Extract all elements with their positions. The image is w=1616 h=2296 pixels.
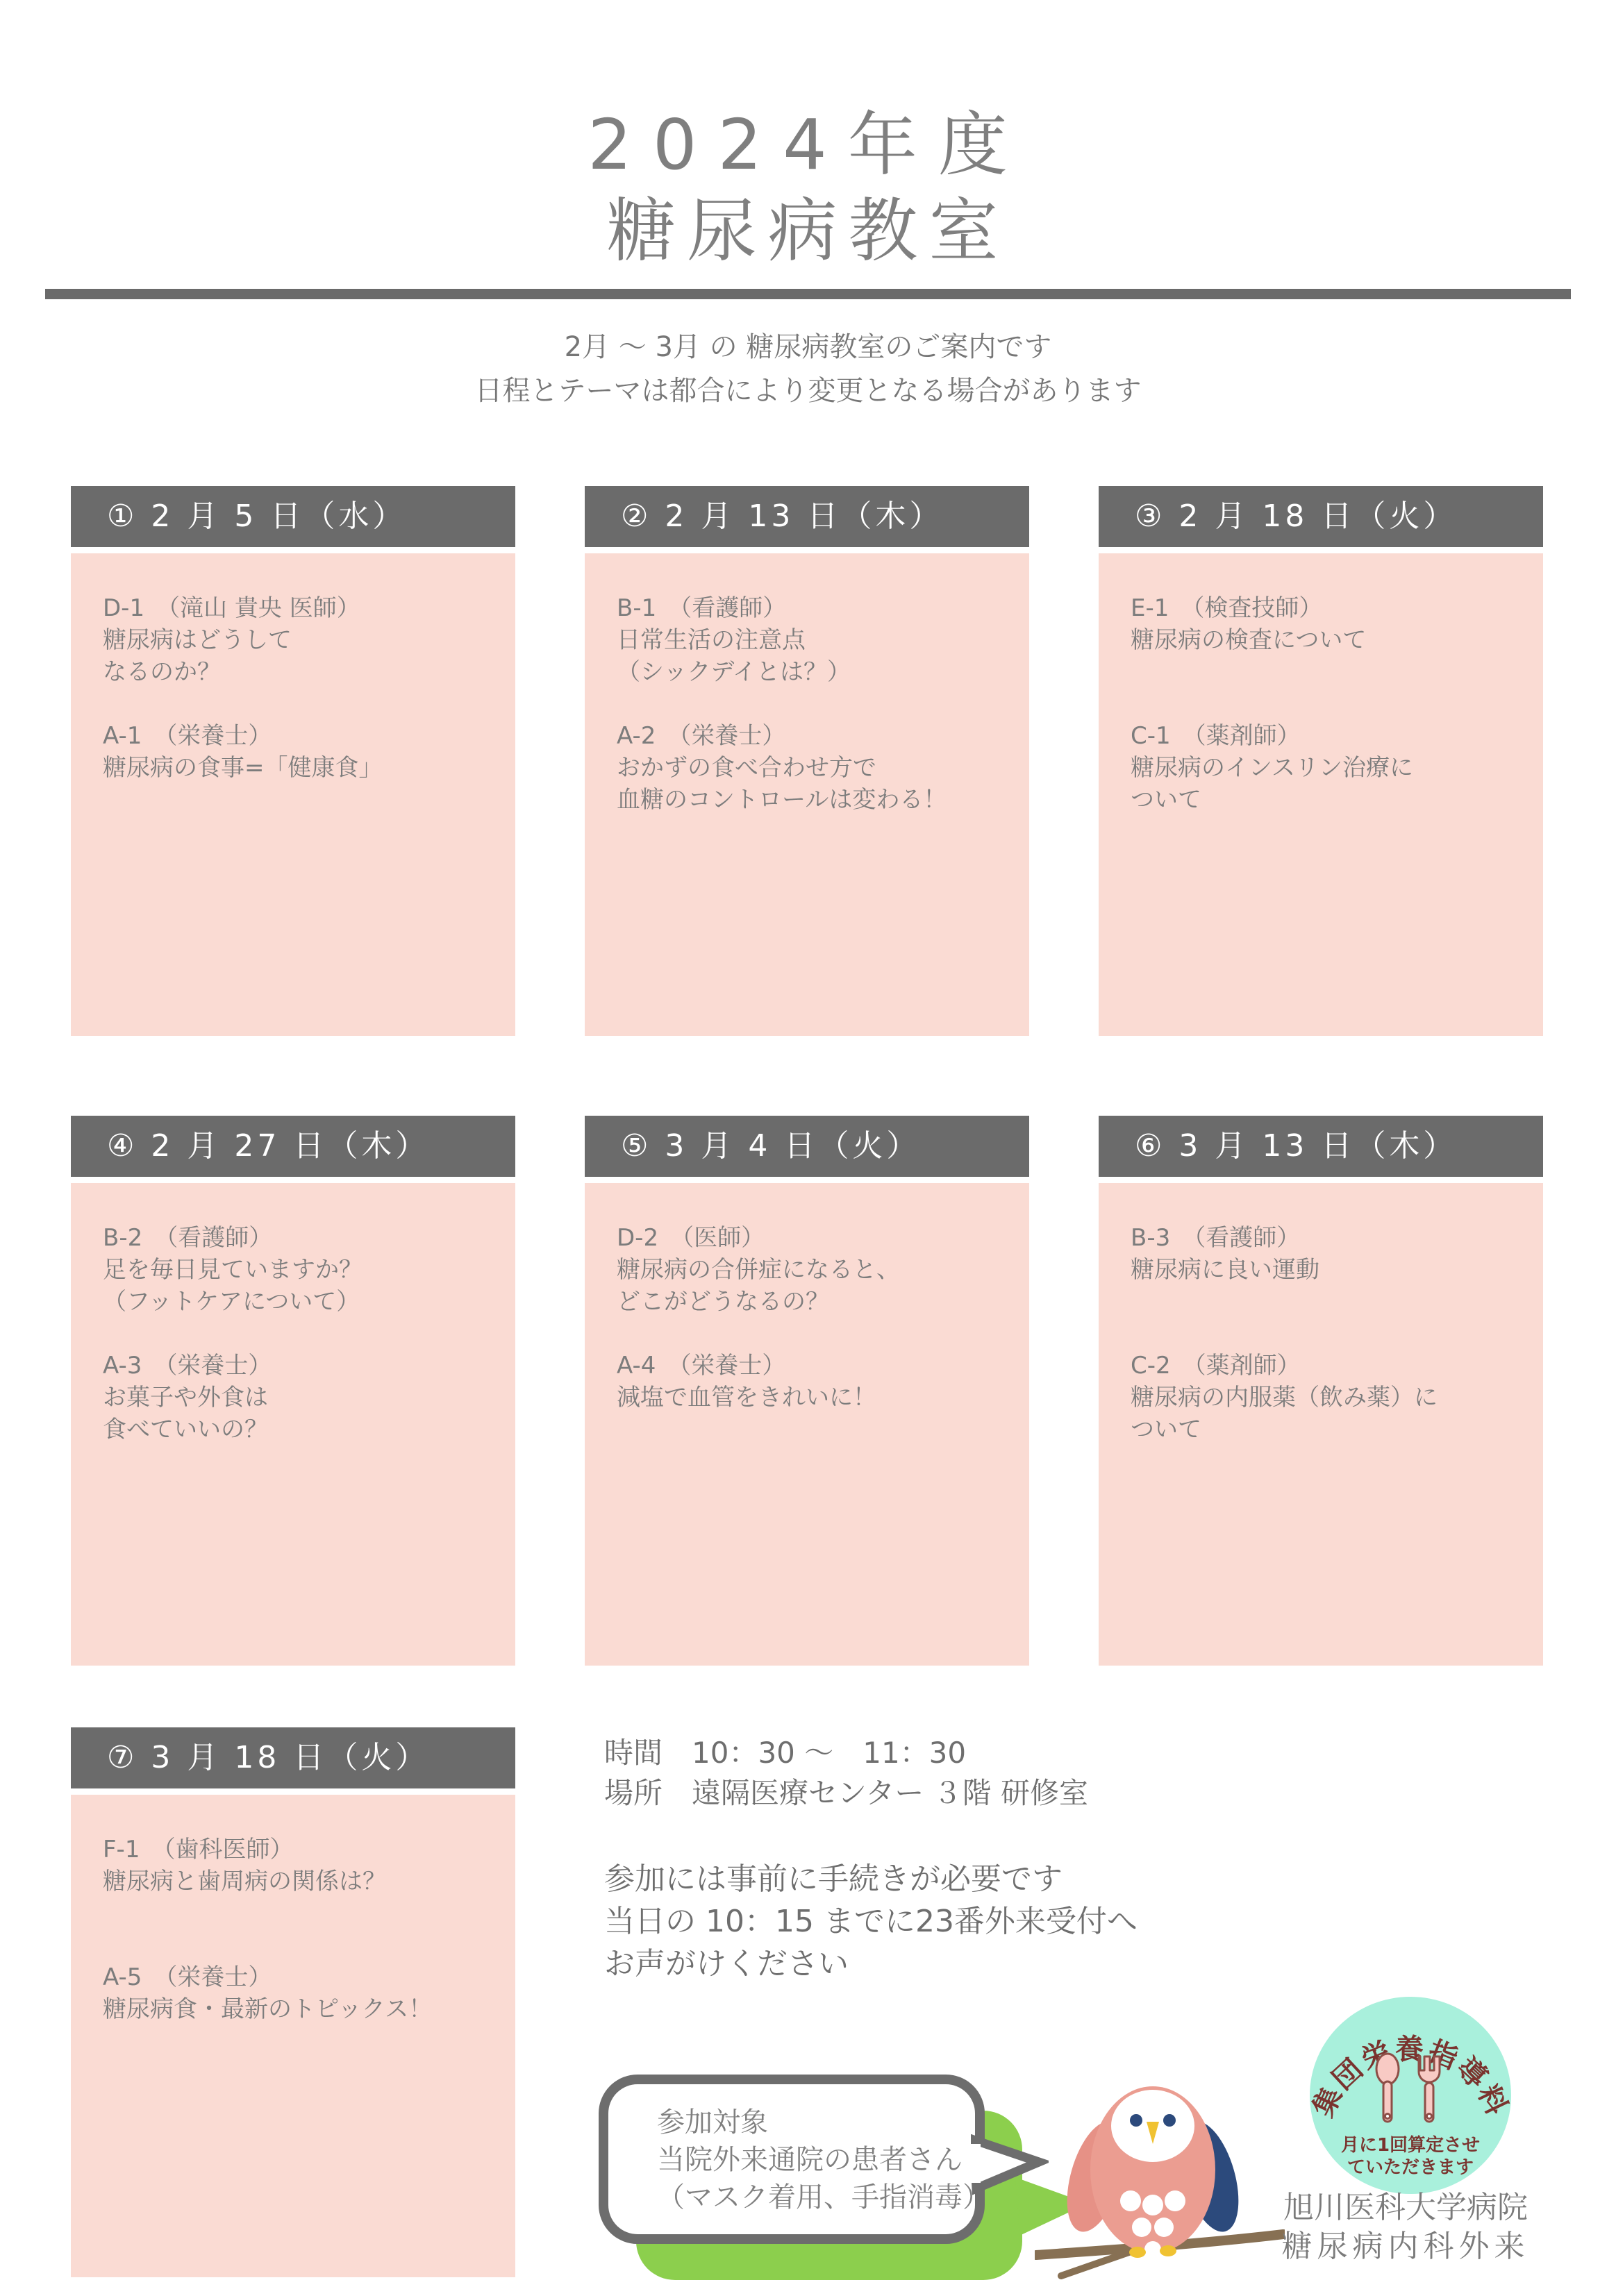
session-info: 時間 10：30 ～ 11：30 場所 遠隔医療センター ３階 研修室 (604, 1733, 1088, 1813)
card-line: 糖尿病のインスリン治療に (1131, 752, 1529, 784)
page-title-name: 糖尿病教室 (0, 175, 1616, 275)
owl-feather (1165, 2190, 1185, 2211)
bubble-text: 参加対象 当院外来通院の患者さん （マスク着用、手指消毒） (599, 2075, 985, 2216)
hospital-footer: 旭川医科大学病院 糖尿病内科外来 (1276, 2188, 1535, 2266)
card-line (1131, 1318, 1529, 1350)
card-line (103, 688, 501, 720)
owl-eye-right (1163, 2114, 1176, 2127)
bubble-line: 参加対象 (657, 2104, 985, 2141)
card-line (103, 784, 501, 816)
card-date-header: ⑤ 3 月 4 日（火） (585, 1116, 1029, 1177)
card-date-header: ⑥ 3 月 13 日（木） (1099, 1116, 1543, 1177)
card-line: A-2 （栄養士） (617, 720, 1015, 752)
card-line: なるのか？ (103, 656, 501, 688)
card-line: 糖尿病はどうして (103, 624, 501, 656)
card-line (103, 2025, 501, 2057)
card-line (1131, 656, 1529, 688)
card-line: F-1 （歯科医師） (103, 1834, 501, 1866)
badge-note-line2: ていただきます (1347, 2157, 1474, 2178)
owl-eye-left (1130, 2114, 1142, 2127)
hospital-name: 旭川医科大学病院 (1276, 2188, 1535, 2227)
owl-feather (1142, 2195, 1163, 2215)
card-line: B-1 （看護師） (617, 592, 1015, 624)
bubble-line: （マスク着用、手指消毒） (657, 2179, 985, 2216)
card-line: A-5 （栄養士） (103, 1961, 501, 1993)
card-line: 糖尿病の合併症になると、 (617, 1254, 1015, 1286)
notice-line: 参加には事前に手続きが必要です (604, 1858, 1138, 1900)
registration-notice: 参加には事前に手続きが必要です 当日の 10：15 までに23番外来受付へ お声… (604, 1858, 1138, 1985)
card-date-header: ⑦ 3 月 18 日（火） (71, 1727, 515, 1788)
card-date-header: ② 2 月 13 日（木） (585, 486, 1029, 547)
flyer-page: 2024年度 糖尿病教室 2月 ～ 3月 の 糖尿病教室のご案内です 日程とテー… (0, 0, 1616, 2296)
card-body: D-1 （滝山 貴央 医師） 糖尿病はどうして なるのか？ A-1 （栄養士） … (71, 553, 515, 1036)
card-line (617, 1414, 1015, 1446)
owl-feather (1120, 2190, 1141, 2211)
card-line: C-1 （薬剤師） (1131, 720, 1529, 752)
card-line: 日常生活の注意点 (617, 624, 1015, 656)
card-line: お菓子や外食は (103, 1382, 501, 1414)
card-line (1131, 1286, 1529, 1318)
card-line: B-3 （看護師） (1131, 1222, 1529, 1254)
card-body: B-1 （看護師） 日常生活の注意点 （シックデイとは？） A-2 （栄養士） … (585, 553, 1029, 1036)
card-line: 食べていいの？ (103, 1414, 501, 1446)
card-line (1131, 688, 1529, 720)
card-line: おかずの食べ合わせ方で (617, 752, 1015, 784)
card-line: 糖尿病に良い運動 (1131, 1254, 1529, 1286)
card-line (617, 1318, 1015, 1350)
card-line (103, 1929, 501, 1961)
notice-line: お声がけください (604, 1943, 1138, 1985)
owl-feather (1154, 2218, 1174, 2237)
card-line: 減塩で血管をきれいに！ (617, 1382, 1015, 1414)
card-line: ついて (1131, 784, 1529, 816)
card-line (103, 1897, 501, 1929)
card-line: D-1 （滝山 貴央 医師） (103, 592, 501, 624)
card-body: E-1 （検査技師） 糖尿病の検査について C-1 （薬剤師） 糖尿病のインスリ… (1099, 553, 1543, 1036)
card-date-header: ③ 2 月 18 日（火） (1099, 486, 1543, 547)
card-line: 糖尿病の内服薬（飲み薬）に (1131, 1382, 1529, 1414)
owl-mascot (1035, 2048, 1285, 2284)
card-line: 血糖のコントロールは変わる！ (617, 784, 1015, 816)
owl-feather (1132, 2218, 1151, 2237)
notice-line: 当日の 10：15 までに23番外来受付へ (604, 1900, 1138, 1943)
session-time: 時間 10：30 ～ 11：30 (604, 1733, 1088, 1773)
card-line: 足を毎日見ていますか？ (103, 1254, 501, 1286)
card-body: D-2 （医師） 糖尿病の合併症になると、 どこがどうなるの？ A-4 （栄養士… (585, 1183, 1029, 1666)
card-line: C-2 （薬剤師） (1131, 1350, 1529, 1382)
badge-note-line1: 月に1回算定させ (1341, 2134, 1480, 2156)
owl-feather (1144, 2241, 1161, 2258)
card-line: D-2 （医師） (617, 1222, 1015, 1254)
card-line (617, 688, 1015, 720)
subtitle-line1: 2月 ～ 3月 の 糖尿病教室のご案内です (0, 325, 1616, 364)
card-line: E-1 （検査技師） (1131, 592, 1529, 624)
card-line (103, 1318, 501, 1350)
card-line: ついて (1131, 1414, 1529, 1446)
card-date-header: ④ 2 月 27 日（木） (71, 1116, 515, 1177)
subtitle-line2: 日程とテーマは都合により変更となる場合があります (0, 369, 1616, 408)
card-line: A-4 （栄養士） (617, 1350, 1015, 1382)
participants-speech-bubble: 参加対象 当院外来通院の患者さん （マスク着用、手指消毒） (599, 2075, 985, 2244)
card-line: B-2 （看護師） (103, 1222, 501, 1254)
nutrition-fee-badge: 集団栄養指導料 月に1回算定させ ていただきます (1310, 1997, 1511, 2194)
card-line: 糖尿病の検査について (1131, 624, 1529, 656)
card-line: 糖尿病食・最新のトピックス！ (103, 1993, 501, 2025)
owl-foot-right (1160, 2245, 1176, 2256)
card-line: （シックデイとは？） (617, 656, 1015, 688)
session-place: 場所 遠隔医療センター ３階 研修室 (604, 1773, 1088, 1813)
card-line: 糖尿病と歯周病の関係は？ (103, 1866, 501, 1897)
card-body: B-2 （看護師） 足を毎日見ていますか？ （フットケアについて） A-3 （栄… (71, 1183, 515, 1666)
card-body: F-1 （歯科医師） 糖尿病と歯周病の関係は？ A-5 （栄養士） 糖尿病食・最… (71, 1795, 515, 2277)
page-title-year: 2024年度 (0, 89, 1616, 189)
card-line: A-3 （栄養士） (103, 1350, 501, 1382)
department-name: 糖尿病内科外来 (1276, 2227, 1535, 2266)
card-line: （フットケアについて） (103, 1286, 501, 1318)
owl-foot-left (1129, 2247, 1146, 2258)
bubble-line: 当院外来通院の患者さん (657, 2141, 985, 2179)
card-line: A-1 （栄養士） (103, 720, 501, 752)
card-line: どこがどうなるの？ (617, 1286, 1015, 1318)
card-date-header: ① 2 月 5 日（水） (71, 486, 515, 547)
card-line: 糖尿病の食事=「健康食」 (103, 752, 501, 784)
title-divider (45, 289, 1571, 299)
card-body: B-3 （看護師） 糖尿病に良い運動 C-2 （薬剤師） 糖尿病の内服薬（飲み薬… (1099, 1183, 1543, 1666)
